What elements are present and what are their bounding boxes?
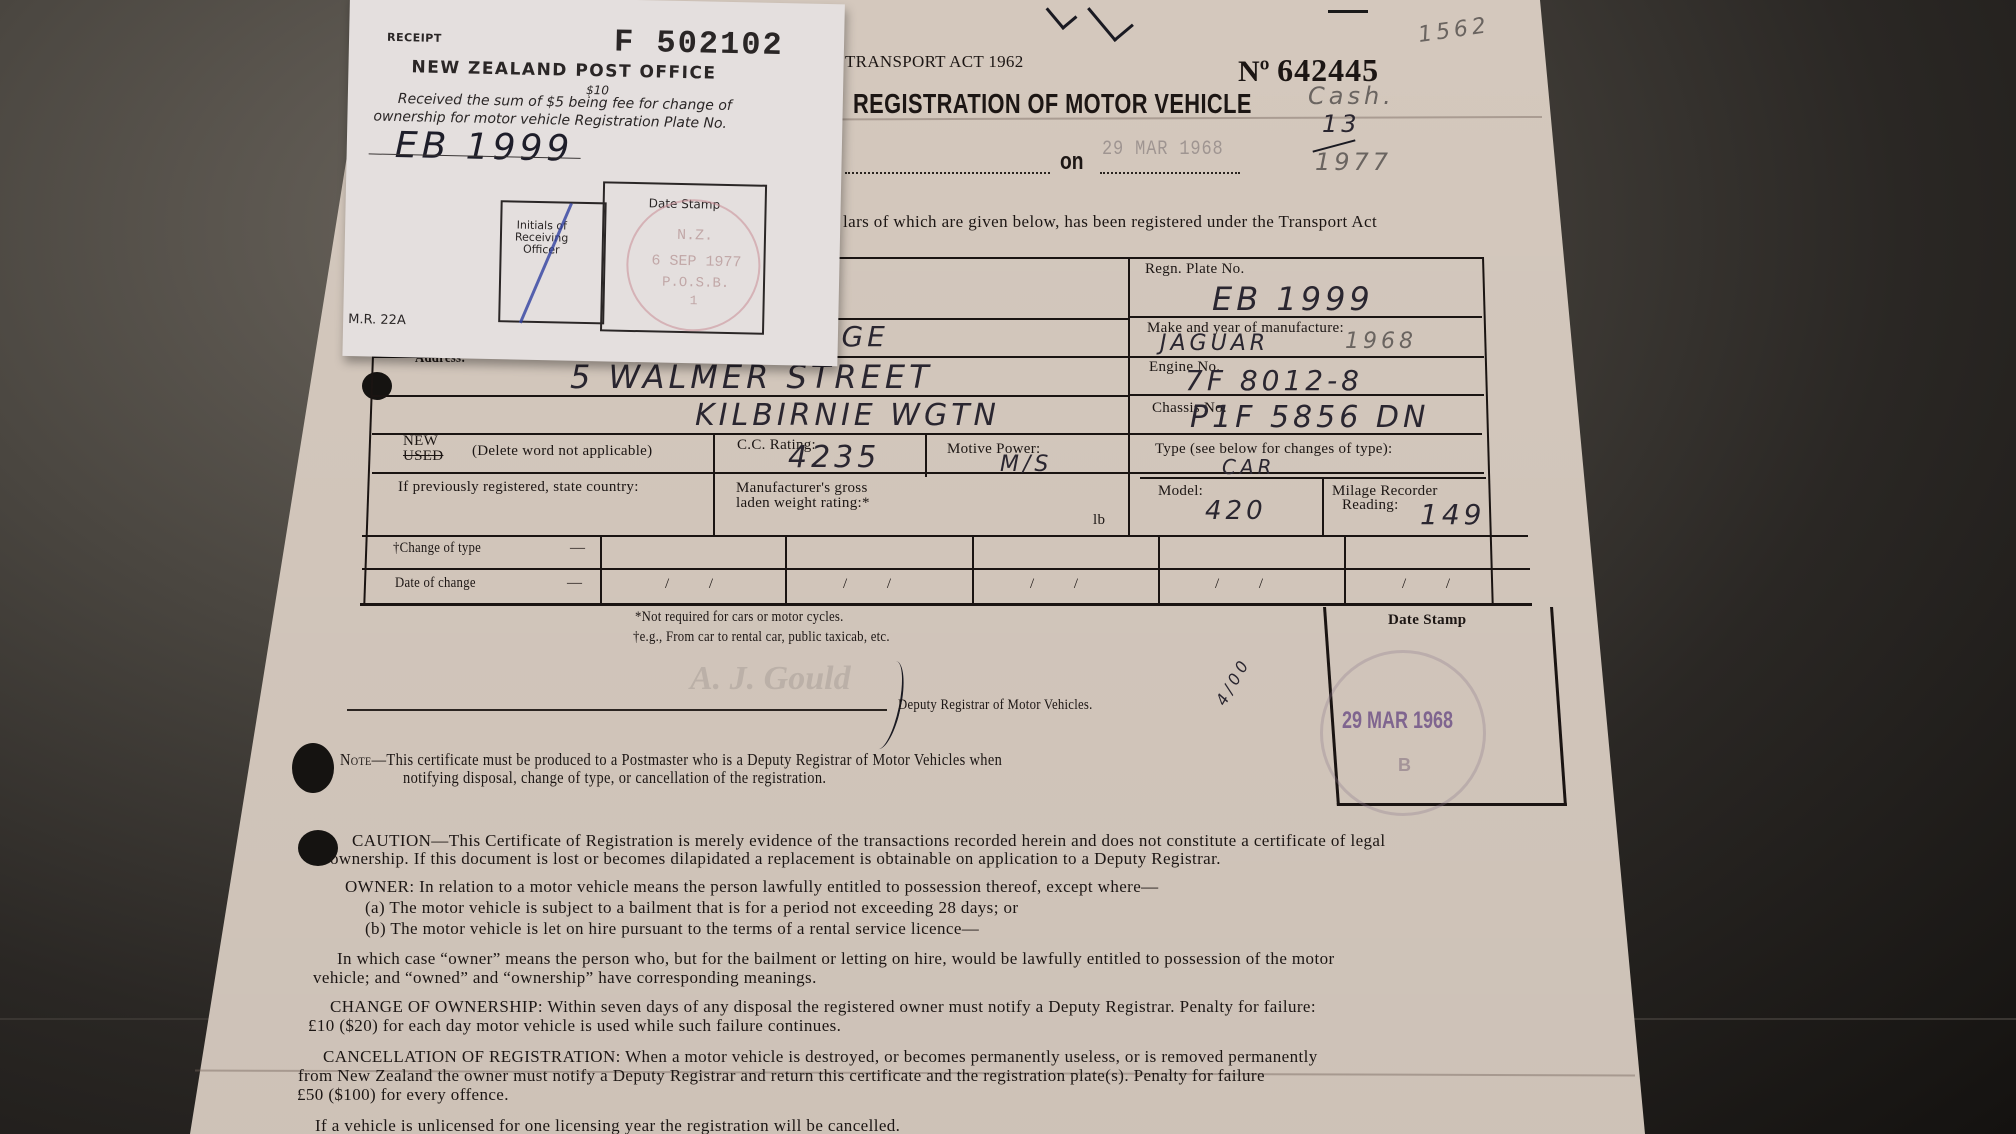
- address-line-2: KILBIRNIE WGTN: [695, 398, 1000, 433]
- handwritten-fraction-bottom: 1977: [1315, 148, 1392, 176]
- plate-value[interactable]: EB 1999: [1212, 280, 1374, 318]
- cancellation-paragraph: CANCELLATION OF REGISTRATION: When a mot…: [323, 1047, 1318, 1067]
- post-office-receipt: RECEIPT F 502102 NEW ZEALAND POST OFFICE…: [342, 0, 844, 366]
- handwritten-cash: Cash.: [1308, 82, 1395, 110]
- date-stamp-label: Date Stamp: [1388, 612, 1466, 629]
- caution-paragraph: CAUTION—This Certificate of Registration…: [352, 831, 1385, 851]
- unlicensed-note: If a vehicle is unlicensed for one licen…: [315, 1116, 900, 1134]
- delete-note: (Delete word not applicable): [472, 443, 652, 460]
- receipt-heading: RECEIPT: [387, 31, 442, 45]
- date-of-change-2[interactable]: / /: [843, 576, 909, 593]
- change-of-ownership-paragraph: CHANGE OF OWNERSHIP: Within seven days o…: [330, 997, 1316, 1017]
- receipt-form-code: M.R. 22A: [348, 312, 406, 328]
- handwritten-fraction-top: 13: [1322, 110, 1361, 138]
- registration-date-stamp: 29 MAR 1968: [1102, 138, 1224, 161]
- plate-label: Regn. Plate No.: [1145, 261, 1245, 278]
- owner-paragraph: OWNER: In relation to a motor vehicle me…: [345, 877, 1159, 897]
- date-of-change-label: Date of change: [395, 575, 476, 592]
- date-of-change-1[interactable]: / /: [665, 576, 731, 593]
- type-value[interactable]: CAR: [1222, 455, 1276, 479]
- date-stamp-value: 29 MAR 1968: [1342, 707, 1453, 735]
- gross-weight-unit: lb: [1093, 512, 1105, 529]
- footnote-star: *Not required for cars or motor cycles.: [635, 609, 844, 626]
- on-label: on: [1060, 148, 1083, 176]
- year-value[interactable]: 1968: [1345, 329, 1417, 354]
- act-label: TRANSPORT ACT 1962: [845, 52, 1024, 72]
- model-value[interactable]: 420: [1205, 496, 1267, 526]
- note-paragraph: Note—This certificate must be produced t…: [340, 750, 1002, 770]
- deputy-registrar-label: Deputy Registrar of Motor Vehicles.: [898, 697, 1093, 714]
- engine-value[interactable]: 7F 8012-8: [1185, 364, 1363, 397]
- date-of-change-3[interactable]: / /: [1030, 576, 1096, 593]
- model-label: Model:: [1158, 483, 1203, 500]
- document-title: REGISTRATION OF MOTOR VEHICLE: [853, 88, 1252, 120]
- previously-registered-label: If previously registered, state country:: [398, 479, 639, 496]
- milage-value[interactable]: 149: [1420, 498, 1485, 531]
- make-value[interactable]: JAGUAR: [1160, 331, 1269, 356]
- chassis-value[interactable]: P1F 5856 DN: [1190, 400, 1429, 435]
- change-of-type-label: †Change of type: [393, 540, 481, 557]
- gross-weight-label: Manufacturer's gross laden weight rating…: [736, 481, 870, 511]
- punch-hole: [292, 743, 334, 793]
- motive-power-value[interactable]: M/S: [1000, 452, 1052, 477]
- footnote-dagger: †e.g., From car to rental car, public ta…: [633, 629, 890, 646]
- owner-definition: In which case “owner” means the person w…: [337, 949, 1335, 969]
- new-used-field[interactable]: NEW USED: [403, 434, 443, 464]
- date-of-change-4[interactable]: / /: [1215, 576, 1281, 593]
- date-of-change-5[interactable]: / /: [1402, 576, 1468, 593]
- faded-signature-stamp: A. J. Gould: [690, 660, 851, 698]
- cc-rating-value[interactable]: 4235: [788, 440, 880, 475]
- intro-text: lars of which are given below, has been …: [843, 212, 1377, 232]
- receipt-plate: EB 1999: [394, 125, 573, 170]
- receipt-serial: F 502102: [614, 24, 784, 65]
